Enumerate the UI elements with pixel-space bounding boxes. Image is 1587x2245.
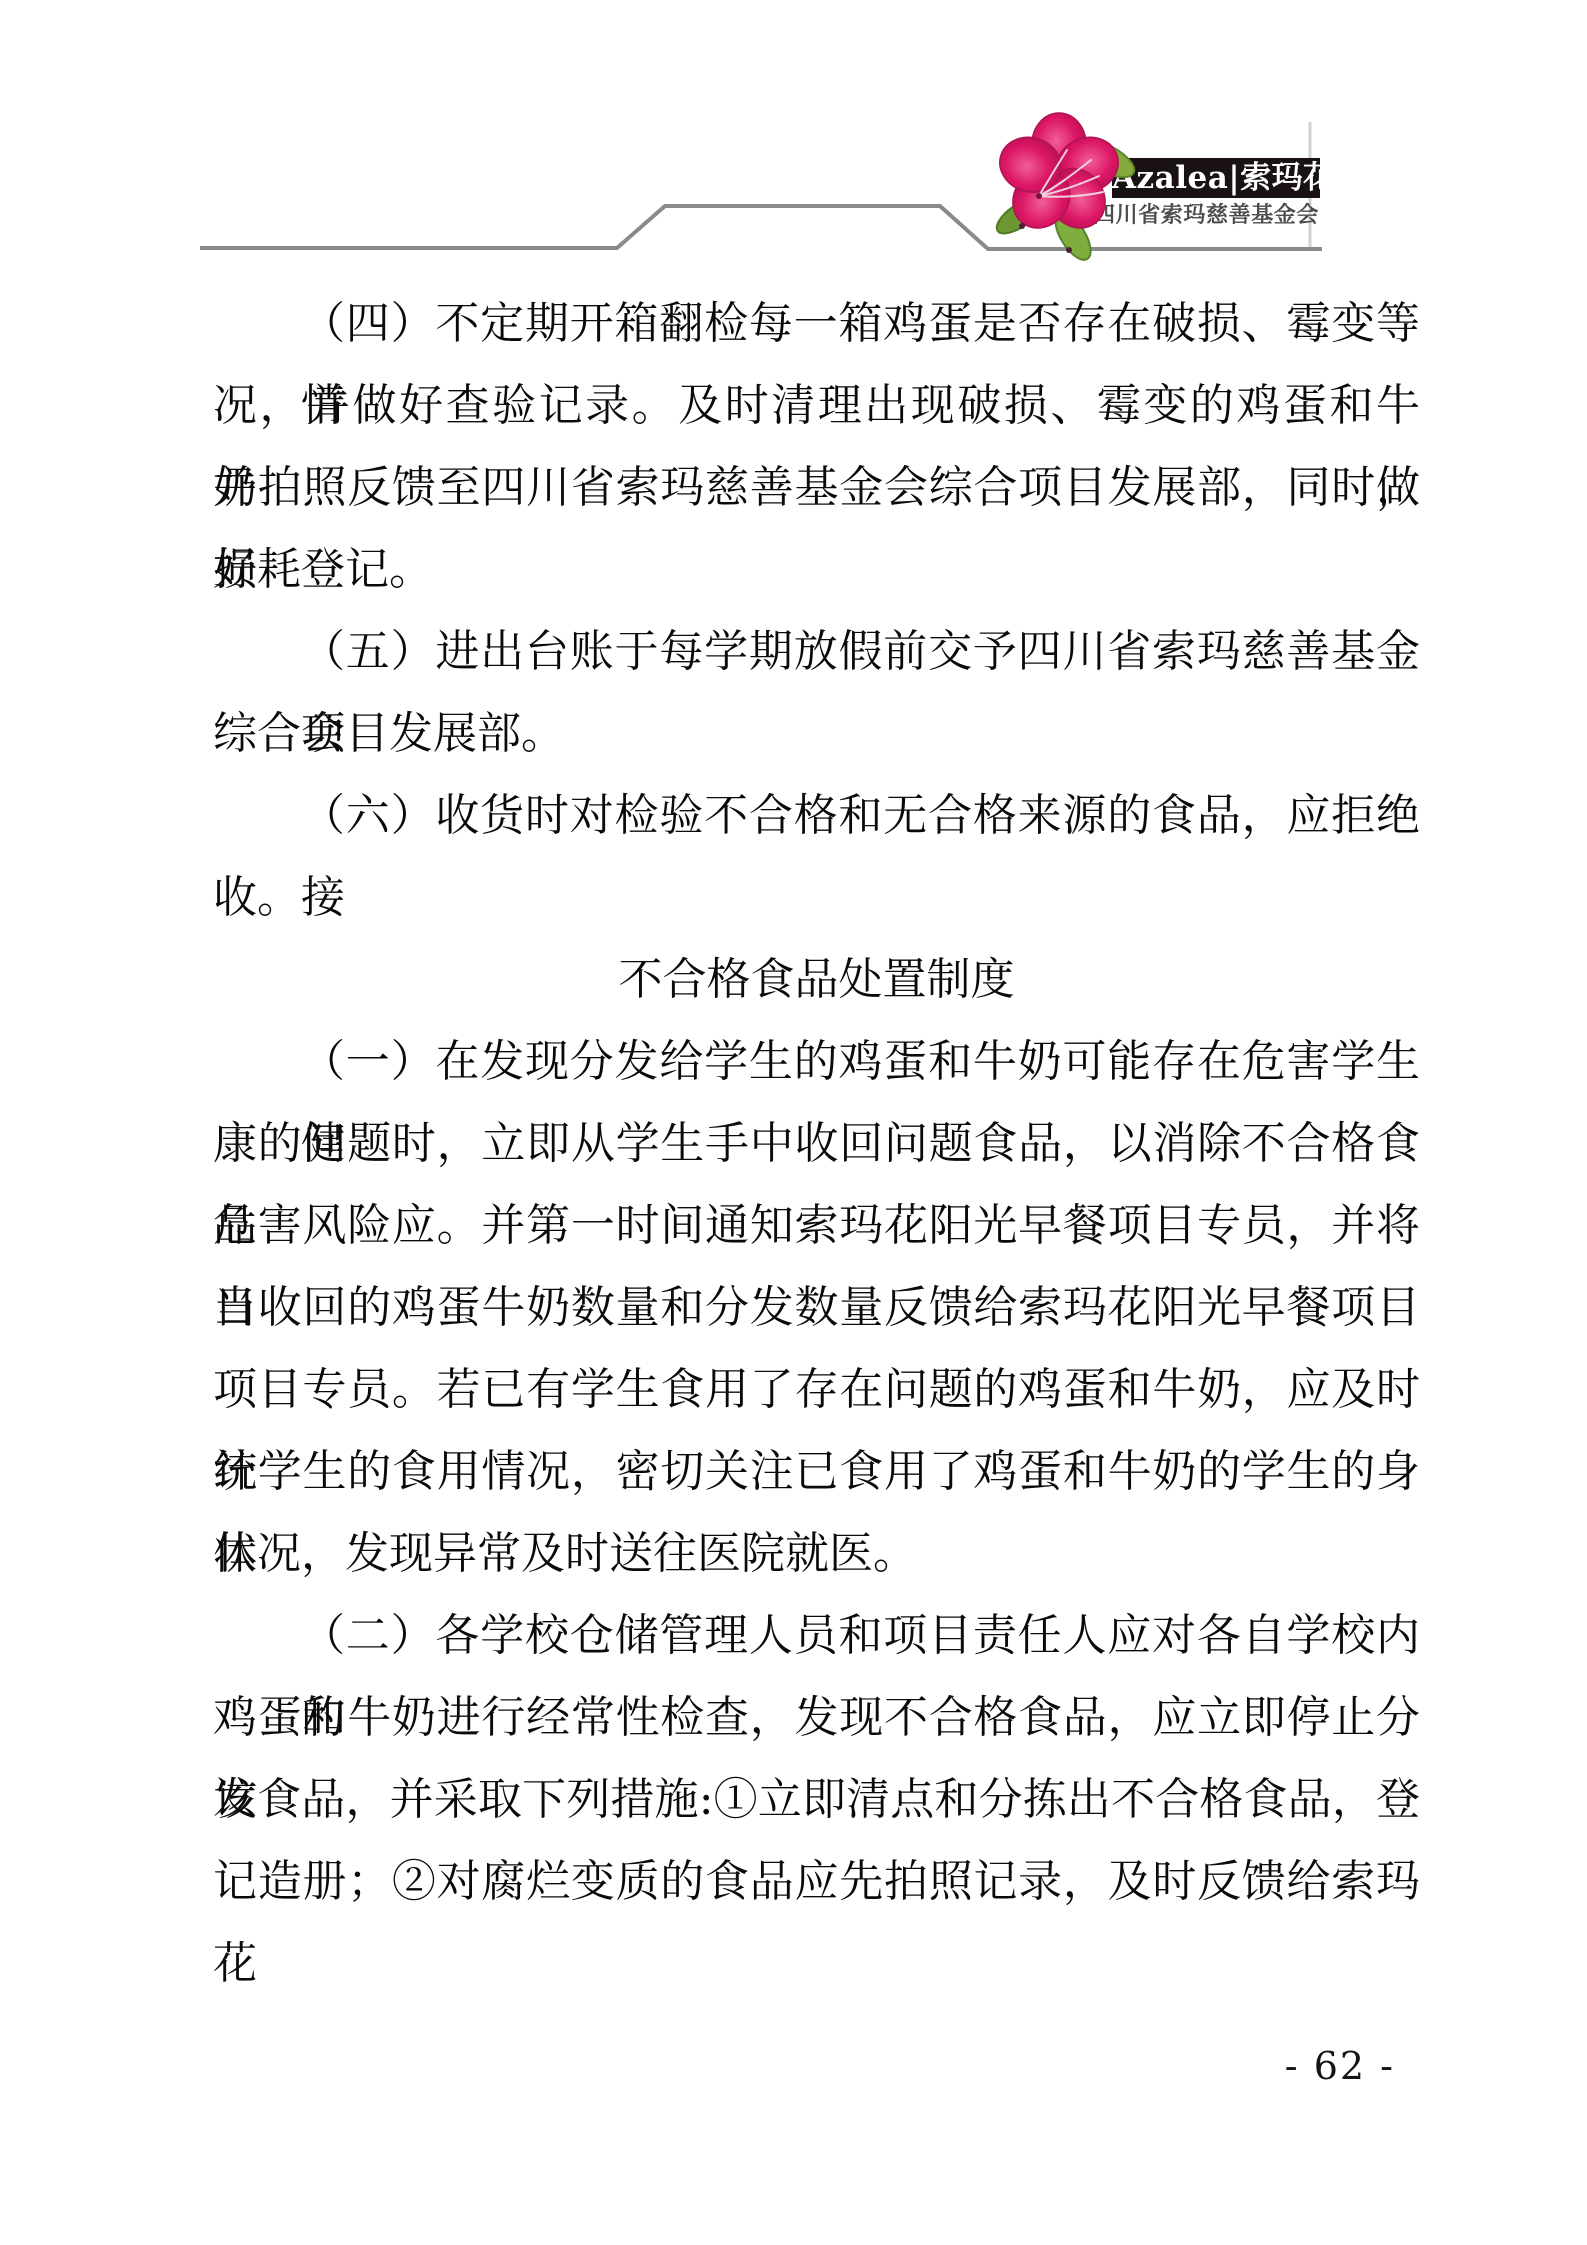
text-line: 日收回的鸡蛋牛奶数量和分发数量反馈给索玛花阳光早餐项目 [213,1267,1420,1349]
text-line: （二）各学校仓储管理人员和项目责任人应对各自学校内的 [213,1595,1420,1677]
text-line: 损耗登记。 [213,529,1420,611]
text-line: 鸡蛋和牛奶进行经常性检查，发现不合格食品，应立即停止分发 [213,1677,1420,1759]
text-line: 收。 [213,857,1420,939]
text-line: 记造册；②对腐烂变质的食品应先拍照记录，及时反馈给索玛花 [213,1841,1420,1923]
text-line: （一）在发现分发给学生的鸡蛋和牛奶可能存在危害学生健 [213,1021,1420,1103]
text-line: （五）进出台账于每学期放假前交予四川省索玛慈善基金会 [213,611,1420,693]
document-body: （四）不定期开箱翻检每一箱鸡蛋是否存在破损、霉变等情 况，并做好查验记录。及时清… [213,283,1420,1923]
text-line: 状况，发现异常及时送往医院就医。 [213,1513,1420,1595]
text-line: （六）收货时对检验不合格和无合格来源的食品，应拒绝接 [213,775,1420,857]
text-line: 该食品，并采取下列措施:①立即清点和分拣出不合格食品，登 [213,1759,1420,1841]
text-line: 并拍照反馈至四川省索玛慈善基金会综合项目发展部，同时做好 [213,447,1420,529]
section-heading: 不合格食品处置制度 [213,939,1420,1021]
header-rule [0,0,1587,280]
page-number: - 62 - [1285,2044,1395,2088]
text-line: 项目专员。若已有学生食用了存在问题的鸡蛋和牛奶，应及时统 [213,1349,1420,1431]
text-line: 计学生的食用情况，密切关注已食用了鸡蛋和牛奶的学生的身体 [213,1431,1420,1513]
text-line: 危害风险应。并第一时间通知索玛花阳光早餐项目专员，并将当 [213,1185,1420,1267]
text-line: 况，并做好查验记录。及时清理出现破损、霉变的鸡蛋和牛奶， [213,365,1420,447]
text-line: 康的问题时，立即从学生手中收回问题食品，以消除不合格食品 [213,1103,1420,1185]
azalea-flower-icon [988,104,1150,262]
text-line: 综合项目发展部。 [213,693,1420,775]
text-line: （四）不定期开箱翻检每一箱鸡蛋是否存在破损、霉变等情 [213,283,1420,365]
